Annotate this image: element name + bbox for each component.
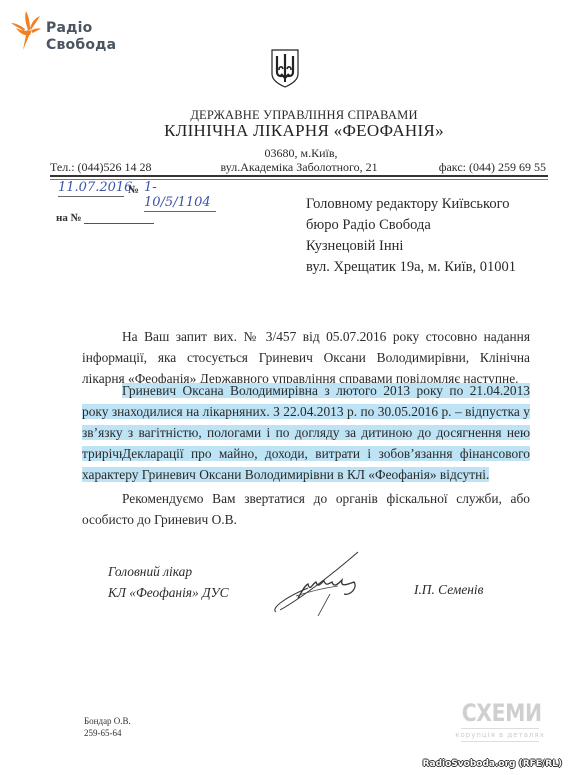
signer-name: І.П. Семенів: [414, 582, 483, 598]
executor-phone: 259-65-64: [84, 727, 131, 739]
executor-name: Бондар О.В.: [84, 715, 131, 727]
handwritten-signature: [268, 548, 378, 620]
outgoing-date: 11.07.2016: [58, 180, 124, 197]
outgoing-number: 1-10/5/1104: [144, 180, 216, 212]
reply-to-blank: [84, 223, 154, 224]
organization-name: КЛІНІЧНА ЛІКАРНЯ «ФЕОФАНІЯ»: [0, 121, 568, 141]
recipient-line: бюро Радіо Свобода: [306, 215, 516, 236]
schemes-rule: [461, 728, 539, 729]
fax-number: факс: (044) 259 69 55: [439, 160, 546, 175]
reply-to-label: на №: [56, 212, 82, 224]
address-line-2: вул.Академіка Заболотного, 21: [213, 160, 378, 175]
paragraph-recommendation: Рекомендуємо Вам звертатися до органів ф…: [82, 488, 530, 530]
signer-title-line-2: КЛ «Феофанія» ДУС: [108, 582, 229, 603]
source-watermark: RadioSvoboda.org (RFE/RL): [423, 759, 562, 769]
schemes-logo: СХЕМИ корупція в деталях: [455, 700, 545, 744]
recipient-line: Кузнецовій Інні: [306, 236, 516, 257]
signer-title-line-1: Головний лікар: [108, 561, 229, 582]
recipient-line: вул. Хрещатик 19а, м. Київ, 01001: [306, 257, 516, 278]
signer-title: Головний лікар КЛ «Феофанія» ДУС: [108, 561, 229, 603]
recipient-block: Головному редактору Київського бюро Раді…: [306, 194, 516, 278]
highlighted-text: Декларації про майно, доходи, витрати і …: [82, 446, 530, 482]
logo-line-1: Радіо: [46, 20, 116, 37]
executor-block: Бондар О.В. 259-65-64: [84, 715, 131, 739]
letterhead-rule: [50, 175, 548, 178]
trident-coat-of-arms-icon: [270, 48, 300, 88]
schemes-subtitle: корупція в деталях: [455, 731, 545, 739]
recipient-line: Головному редактору Київського: [306, 194, 516, 215]
radio-svoboda-logo: Радіо Свобода: [8, 8, 116, 54]
torch-icon: [8, 8, 42, 52]
paragraph-declarations: Декларації про майно, доходи, витрати і …: [82, 443, 530, 485]
contact-row: Тел.: (044)526 14 28 вул.Академіка Забол…: [50, 160, 546, 175]
number-label: №: [128, 184, 139, 196]
schemes-title: СХЕМИ: [462, 700, 539, 726]
schemes-rule: [461, 741, 539, 742]
phone-number: Тел.: (044)526 14 28: [50, 160, 152, 175]
logo-line-2: Свобода: [46, 37, 116, 54]
address-line-1: 03680, м.Київ,: [0, 146, 568, 161]
